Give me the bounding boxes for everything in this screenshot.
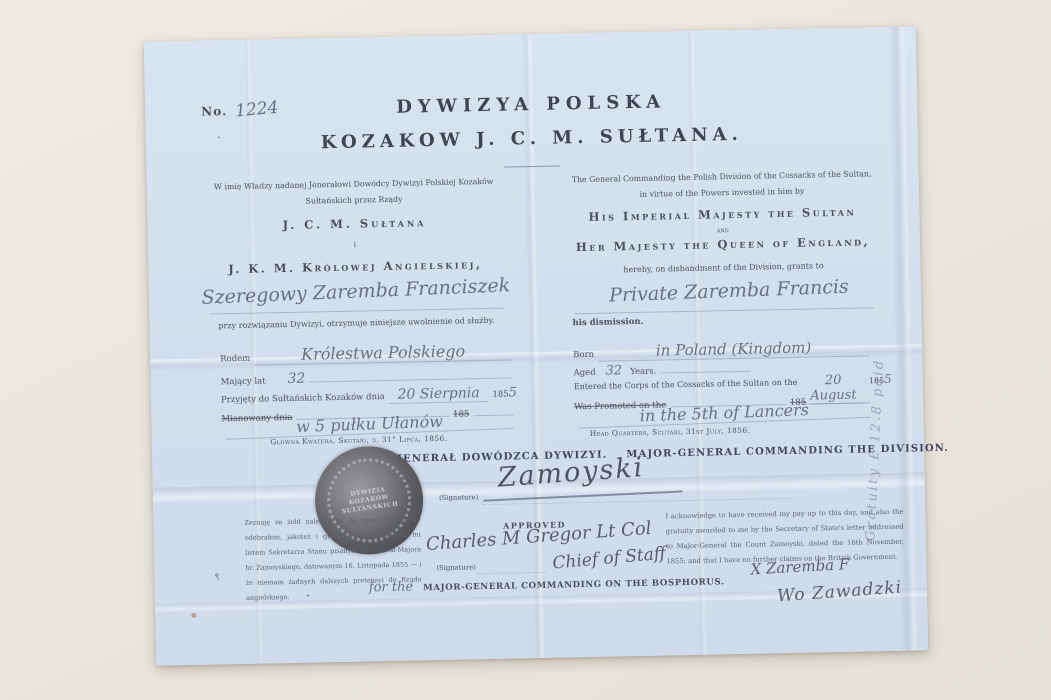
right-dismission: his dismission. [572,317,643,328]
left-conjunction: i [195,236,515,251]
ink-speck-2 [218,136,220,138]
seal-text-line-1: DYWIZIA [350,486,386,499]
right-age-label: Aged [573,368,595,378]
right-grantee-rule [574,307,874,314]
left-enlisted-value: 20 Sierpnia [389,385,489,404]
ink-speck-1 [307,595,309,597]
left-age-rule [309,364,512,382]
left-born-row: Rodem Królestwa Polskiego [220,340,516,366]
right-authority-sultan: His Imperial Majesty the Sultan [557,204,887,225]
left-enlisted-year-hand: 5 [509,385,518,400]
witness-signature: Wo Zawadzki [776,577,902,606]
photo-background: { "photo": { "background_color": "#eae5d… [0,0,1051,700]
left-grantee-rule [209,308,504,315]
right-enlisted-label: Entered the Corps of the Cossacks of the… [574,378,798,391]
commander-line-english: MAJOR-GENERAL COMMANDING THE DIVISION. [626,443,949,460]
right-age-value: 32 [605,363,622,378]
left-enlisted-label: Przyjęty do Sułtańskich Kozaków dnia [221,392,385,405]
right-intro-line-2: in virtue of the Powers invested in him … [557,185,887,201]
left-age-label: Mający lat [221,376,266,387]
left-grantee-name: Szeregowy Zaremba Franciszek [186,274,527,310]
document-paper: No. 1224 DYWIZYA POLSKA KOZAKOW J. C. M.… [144,26,928,665]
page-title: DYWIZYA POLSKA [145,86,917,122]
left-enlisted-year-printed: 185 [492,390,508,400]
right-authority-queen: Her Majesty the Queen of England, [558,234,888,255]
chief-of-staff-signature: Chief of Staff [552,544,667,574]
left-authority-queen: J. K. M. Królowej Angielskiej, [195,256,515,276]
left-intro-line-1: W imię Władzy nadanej Jenerałowi Dowódcy… [194,176,514,191]
right-headquarters-line: Head Quarters, Scutari, 31st July, 1856. [590,426,751,438]
paragraph-mark: ¶ [214,572,219,581]
signature-label-2: (Signature) [436,563,475,572]
left-born-value: Królestwa Polskiego [254,340,512,365]
left-authority-sultan: J. C. M. Sułtana [194,213,514,233]
left-age-value: 32 [287,370,305,386]
right-intro-line-1: The General Commanding the Polish Divisi… [557,169,887,185]
right-grant-intro: hereby, on disbandment of the Division, … [558,260,888,276]
left-born-label: Rodem [220,354,250,365]
right-grantee-name: Private Zaremba Francis [579,274,880,307]
bosphorus-printed: MAJOR-GENERAL COMMANDING ON THE BOSPHORU… [423,577,725,593]
right-age-rule [660,358,750,374]
left-intro-line-2: Sułtańskich przez Rządy [194,192,514,207]
bosphorus-line: for the MAJOR-GENERAL COMMANDING ON THE … [369,569,725,595]
right-born-label: Born [573,350,594,360]
seal-text-line-2: KOZAKÓW [348,494,389,508]
signature-label-1: (Signature) [439,493,478,502]
wax-spot [191,613,196,618]
left-grant-line: przy rozwiązaniu Dywizyi, otrzymuje nini… [196,315,516,330]
for-the-handwritten: for the [369,580,414,596]
right-age-suffix: Years. [630,366,656,377]
title-divider [504,165,560,167]
page-subtitle: KOZAKOW J. C. M. SUŁTANA. [146,120,918,156]
